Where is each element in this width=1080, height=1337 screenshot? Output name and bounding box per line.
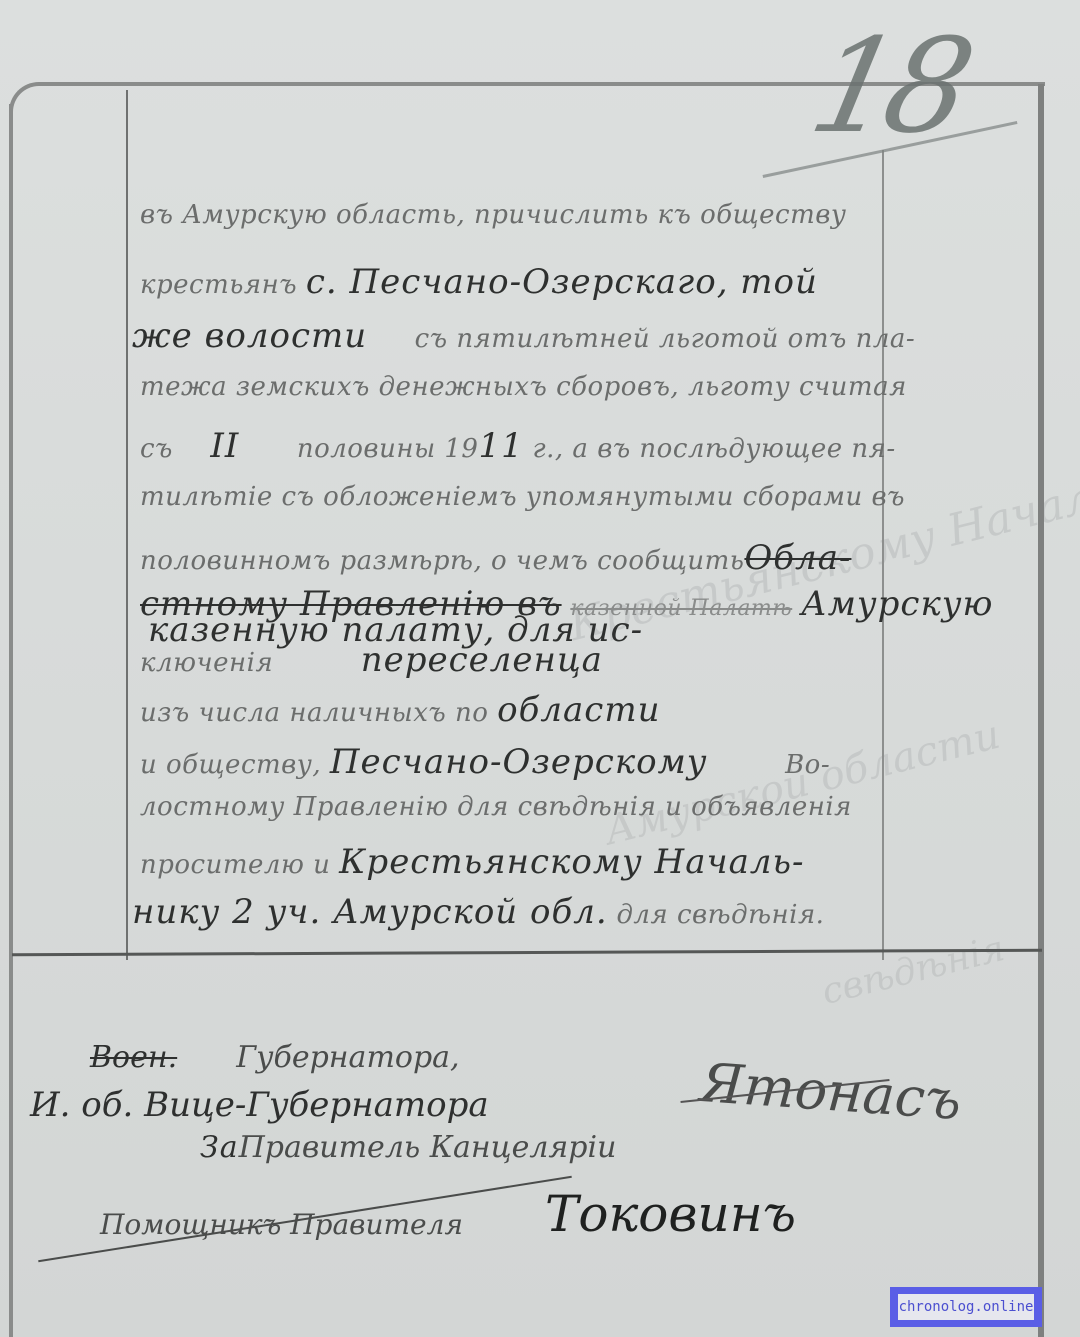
handwritten-text: нику 2 уч. Амурской обл. [132,892,608,932]
frame-left-line [9,104,13,1337]
printed-text: изъ числа наличныхъ по [140,698,488,728]
handwritten-text: же волости [132,316,367,356]
body-line-6: тилѣтіе съ обложеніемъ упомянутыми сбора… [140,482,905,512]
chancellery-prefix: За [200,1130,239,1165]
body-line-1: въ Амурскую область, причислить къ общес… [140,200,846,230]
printed-text: тилѣтіе съ обложеніемъ упомянутыми сбора… [140,482,905,512]
folio-number: 18 [799,10,977,162]
governor-title: Воен. Губернатора, [90,1040,460,1075]
printed-text: Во- [785,750,830,780]
printed-text: и обществу, [140,750,321,780]
handwritten-half-number: II [210,426,239,466]
body-line-14: просителю и Крестьянскому Началь- [140,842,805,882]
body-line-4: тежа земскихъ денежныхъ сборовъ, льготу … [140,372,907,402]
body-line-13: лостному Правленію для свѣдѣнія и объявл… [140,792,852,822]
body-line-11: изъ числа наличныхъ по области [140,690,660,730]
assistant-title: Помощникъ Правителя [100,1208,463,1241]
body-line-5: съ II половины 1911 г., а въ послѣдующее… [140,426,896,466]
governor-struck-abbrev: Воен. [90,1040,177,1075]
body-line-15: нику 2 уч. Амурской обл. для свѣдѣнія. [132,892,824,932]
printed-text: съ пятилѣтней льготой отъ пла- [415,324,916,354]
handwritten-text: Крестьянскому Началь- [339,842,804,882]
printed-text: просителю и [140,850,330,880]
printed-text: лостному Правленію для свѣдѣнія и объявл… [140,792,852,822]
printed-text: для свѣдѣнія. [616,900,824,930]
body-line-7: половинномъ размѣрѣ, о чемъ сообщитьОбла… [140,538,851,578]
printed-text: съ [140,434,173,464]
handwritten-text: переселенца [361,640,603,680]
handwritten-text: области [497,690,660,730]
printed-text: ключенія [140,648,273,678]
printed-text: половинномъ размѣрѣ, о чемъ сообщить [140,546,744,576]
handwritten-text: с. Песчано-Озерскаго, той [306,262,818,302]
printed-text: половины 19 [297,434,479,464]
body-line-10: ключенія переселенца [140,640,603,680]
printed-text: г., а въ послѣдующее пя- [533,434,896,464]
body-line-2: крестьянъ с. Песчано-Озерскаго, той [140,262,818,302]
frame-right-line [1038,84,1044,1337]
bleed-through-text: свѣдѣнія [818,928,1009,1013]
body-line-12: и обществу, Песчано-Озерскому Во- [140,742,830,782]
assistant-signature: Токовинъ [545,1185,796,1243]
watermark-text: chronolog.online [898,1294,1034,1320]
chancellery-title: ЗаПравитель Канцеляріи [200,1130,616,1165]
watermark-badge: chronolog.online [890,1287,1042,1327]
margin-line-right [882,150,884,960]
governor-signature: Ятонасъ [698,1051,963,1132]
chancellery-printed: Правитель Канцеляріи [239,1130,617,1165]
vice-governor-title: И. об. Вице-Губернатора [30,1085,489,1125]
bleed-through-text: Амурской области [600,712,1004,855]
body-line-3: же волости съ пятилѣтней льготой отъ пла… [132,316,915,356]
handwritten-text: Обла- [744,538,851,578]
handwritten-text: Песчано-Озерскому [330,742,708,782]
governor-printed: Губернатора, [236,1040,459,1075]
handwritten-text: Амурскую [801,584,993,624]
handwritten-year: 11 [478,426,523,466]
printed-text: въ Амурскую область, причислить къ общес… [140,200,846,230]
document-page: Крестьянскому Начальнику Амурской област… [0,0,1080,1337]
frame-corner [9,82,69,112]
assistant-printed: Помощникъ Правителя [100,1208,463,1241]
margin-line-left [126,90,128,960]
printed-text: тежа земскихъ денежныхъ сборовъ, льготу … [140,372,907,402]
printed-text: крестьянъ [140,270,297,300]
